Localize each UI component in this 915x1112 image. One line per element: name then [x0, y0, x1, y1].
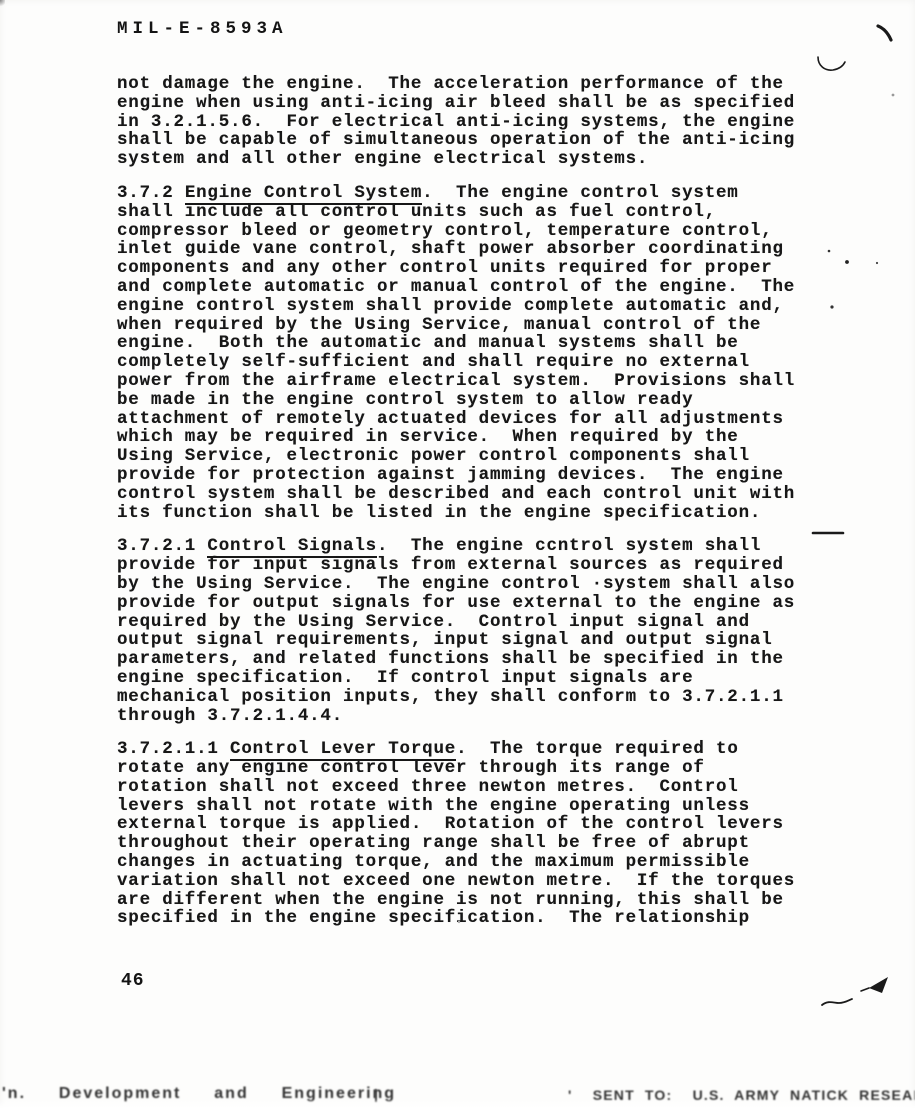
text-line: in 3.2.1.5.6. For electrical anti-icing …	[117, 113, 817, 132]
footer-right-text: ' SENT TO: U.S. ARMY NATICK RESEAR	[568, 1087, 915, 1103]
text-line: shall be capable of simultaneous operati…	[117, 131, 817, 150]
text-line: parameters, and related functions shall …	[117, 650, 817, 669]
pen-tilde-icon	[822, 999, 852, 1005]
spec-number-header: MIL-E-8593A	[117, 19, 288, 39]
section-heading-text: . The engine ccntrol system shall	[377, 536, 761, 556]
text-line: engine control system shall provide comp…	[117, 297, 817, 316]
document-body: not damage the engine. The acceleration …	[117, 75, 817, 943]
page-number: 46	[121, 971, 145, 991]
pen-stroke-icon	[878, 26, 891, 40]
footer-left-text: 'n. Development and Engineering	[2, 1085, 396, 1103]
text-line: specified in the engine specification. T…	[117, 909, 817, 928]
scan-speck	[876, 262, 878, 264]
text-line: provide for protection against jamming d…	[117, 466, 817, 485]
text-line: shall include all control units such as …	[117, 203, 817, 222]
text-line: system and all other engine electrical s…	[117, 150, 817, 169]
text-line: required by the Using Service. Control i…	[117, 613, 817, 632]
section-3-7-2-1: 3.7.2.1 Control Signals. The engine ccnt…	[117, 537, 817, 725]
text-line: which may be required in service. When r…	[117, 428, 817, 447]
section-heading: 3.7.2 Engine Control System. The engine …	[117, 184, 817, 203]
text-line: and complete automatic or manual control…	[117, 278, 817, 297]
section-number: 3.7.2	[117, 183, 185, 203]
text-line: variation shall not exceed one newton me…	[117, 872, 817, 891]
text-line: inlet guide vane control, shaft power ab…	[117, 240, 817, 259]
pen-arrow-icon	[861, 977, 888, 993]
text-line: be made in the engine control system to …	[117, 391, 817, 410]
text-line: output signal requirements, input signal…	[117, 631, 817, 650]
text-line: are different when the engine is not run…	[117, 891, 817, 910]
text-line: engine when using anti-icing air bleed s…	[117, 94, 817, 113]
footer-divider-tick: |	[374, 1086, 378, 1102]
text-line: by the Using Service. The engine control…	[117, 575, 817, 594]
section-heading: 3.7.2.1.1 Control Lever Torque. The torq…	[117, 740, 817, 759]
scanned-document-page: MIL-E-8593A not damage the engine. The a…	[0, 0, 915, 1112]
text-line: throughout their operating range shall b…	[117, 834, 817, 853]
scan-speck	[892, 94, 895, 97]
section-heading-text: . The torque required to	[456, 739, 739, 759]
text-line: completely self-sufficient and shall req…	[117, 353, 817, 372]
section-number: 3.7.2.1.1	[117, 739, 230, 759]
text-line: control system shall be described and ea…	[117, 485, 817, 504]
pen-curve-icon	[818, 57, 845, 70]
scan-speck	[830, 305, 833, 308]
text-line: through 3.7.2.1.4.4.	[117, 707, 817, 726]
text-line: rotation shall not exceed three newton m…	[117, 778, 817, 797]
paragraph-intro: not damage the engine. The acceleration …	[117, 75, 817, 169]
text-line: attachment of remotely actuated devices …	[117, 410, 817, 429]
text-line: external torque is applied. Rotation of …	[117, 815, 817, 834]
text-line: not damage the engine. The acceleration …	[117, 75, 817, 94]
text-line: provide for output signals for use exter…	[117, 594, 817, 613]
section-3-7-2: 3.7.2 Engine Control System. The engine …	[117, 184, 817, 522]
text-line: its function shall be listed in the engi…	[117, 504, 817, 523]
text-line: provide for input signals from external …	[117, 556, 817, 575]
text-line: when required by the Using Service, manu…	[117, 316, 817, 335]
text-line: Using Service, electronic power control …	[117, 447, 817, 466]
text-line: mechanical position inputs, they shall c…	[117, 688, 817, 707]
text-line: components and any other control units r…	[117, 259, 817, 278]
text-line: levers shall not rotate with the engine …	[117, 797, 817, 816]
text-line: engine specification. If control input s…	[117, 669, 817, 688]
scan-speck	[828, 250, 831, 253]
section-number: 3.7.2.1	[117, 536, 207, 556]
text-line: rotate any engine control lever through …	[117, 759, 817, 778]
text-line: power from the airframe electrical syste…	[117, 372, 817, 391]
text-line: compressor bleed or geometry control, te…	[117, 222, 817, 241]
text-line: engine. Both the automatic and manual sy…	[117, 334, 817, 353]
section-heading-text: . The engine control system	[422, 183, 738, 203]
section-heading: 3.7.2.1 Control Signals. The engine ccnt…	[117, 537, 817, 556]
scan-speck	[845, 260, 849, 264]
section-3-7-2-1-1: 3.7.2.1.1 Control Lever Torque. The torq…	[117, 740, 817, 928]
text-line: changes in actuating torque, and the max…	[117, 853, 817, 872]
scan-corner-smudge	[0, 0, 5, 7]
